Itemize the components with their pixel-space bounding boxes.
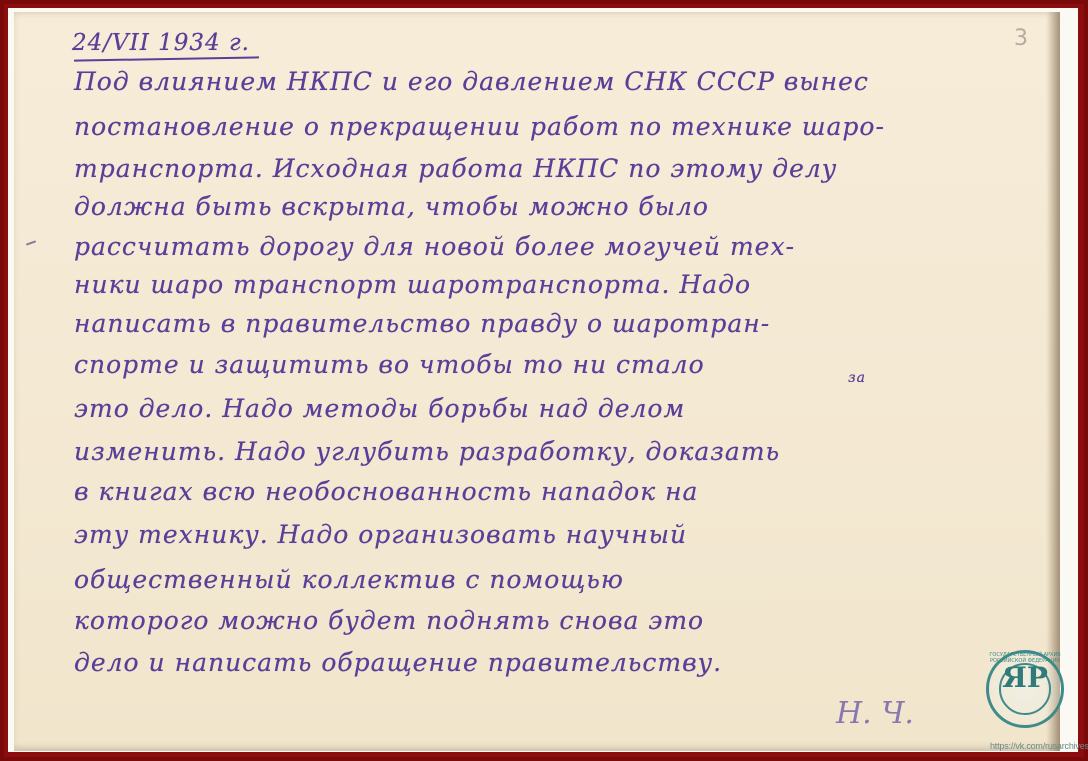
- text-line: транспорта. Исходная работа НКПС по этом…: [74, 154, 837, 183]
- watermark-link: https://vk.com/rusarchives: [990, 741, 1088, 751]
- stamp-monogram: ЯР: [989, 661, 1061, 694]
- text-line: в книгах всю необоснованность нападок на: [74, 477, 698, 506]
- text-line: написать в правительство правду о шаротр…: [74, 309, 770, 338]
- text-line: эту технику. Надо организовать научный: [74, 520, 687, 549]
- signature: Н. Ч.: [836, 696, 914, 731]
- text-line: должна быть вскрыта, чтобы можно было: [74, 192, 709, 221]
- text-line: дело и написать обращение правительству.: [74, 648, 722, 677]
- document-date: 24/VII 1934 г.: [72, 30, 250, 56]
- text-line: это дело. Надо методы борьбы над делом: [74, 394, 685, 423]
- text-line: которого можно будет поднять снова это: [74, 606, 704, 635]
- archive-stamp-icon: ГОСУДАРСТВЕННЫЙ АРХИВ РОССИЙСКОЙ ФЕДЕРАЦ…: [986, 650, 1064, 728]
- paper-edge-shadow: [1046, 12, 1060, 751]
- white-mat: 3 24/VII 1934 г. Под влиянием НКПС и его…: [8, 8, 1078, 752]
- date-underline: [74, 56, 259, 61]
- text-line: ники шаро транспорт шаротранспорта. Надо: [74, 270, 751, 299]
- text-line: изменить. Надо углубить разработку, дока…: [74, 437, 780, 466]
- text-line: спорте и защитить во чтобы то ни стало: [74, 350, 705, 379]
- document-frame: 3 24/VII 1934 г. Под влиянием НКПС и его…: [4, 4, 1084, 757]
- paper-sheet: 3 24/VII 1934 г. Под влиянием НКПС и его…: [14, 12, 1060, 751]
- text-line: общественный коллектив с помощью: [74, 565, 624, 594]
- inserted-word: за: [848, 370, 866, 386]
- text-line: постановление о прекращении работ по тех…: [74, 112, 885, 141]
- margin-mark: [26, 240, 36, 245]
- text-line: рассчитать дорогу для новой более могуче…: [74, 232, 795, 261]
- page-number: 3: [1014, 26, 1028, 51]
- text-line: Под влиянием НКПС и его давлением СНК СС…: [74, 67, 869, 96]
